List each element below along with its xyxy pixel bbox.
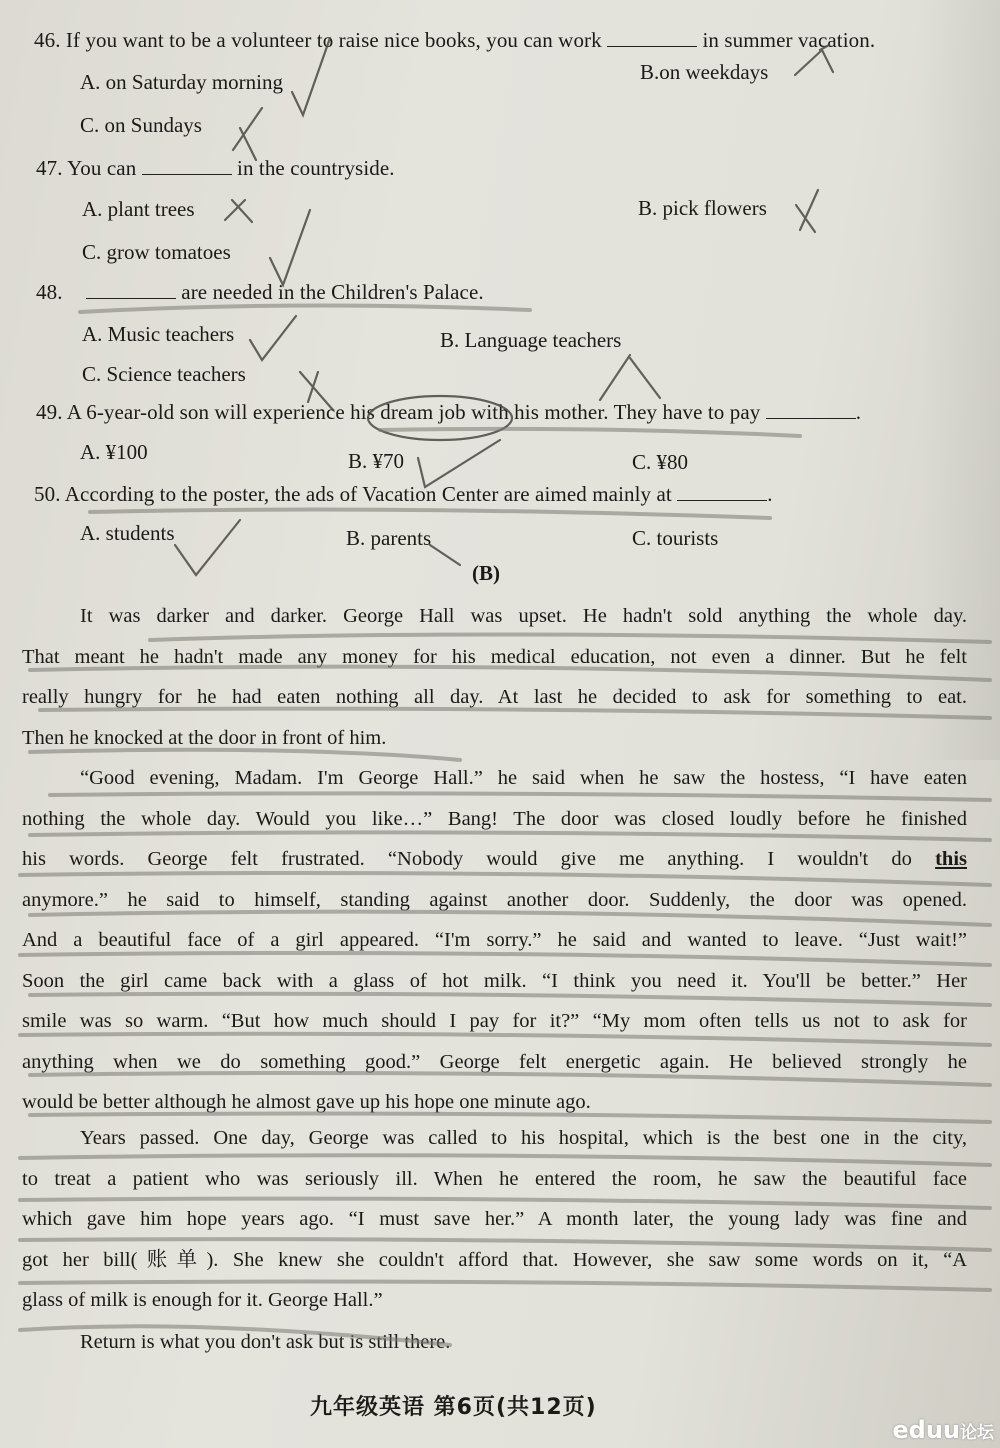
check-mark-icon xyxy=(418,440,500,487)
option-48-a: A. Music teachers xyxy=(82,322,234,347)
option-46-a: A. on Saturday morning xyxy=(80,70,283,95)
passage-paragraph-3: Years passed. One day, George was called… xyxy=(22,1118,967,1321)
option-46-c: C. on Sundays xyxy=(80,113,202,138)
cross-mark-icon xyxy=(796,190,818,232)
watermark-logo: eduu论坛 xyxy=(892,1416,994,1444)
option-49-c: C. ¥80 xyxy=(632,450,688,475)
section-label: (B) xyxy=(472,561,500,586)
question-stem: According to the poster, the ads of Vaca… xyxy=(65,482,672,506)
option-50-c: C. tourists xyxy=(632,526,718,551)
line-with-underlined-word: his words. George felt frustrated. “Nobo… xyxy=(22,839,967,880)
question-stem-end: are needed in the Children's Palace. xyxy=(181,280,483,304)
question-49: 49. A 6-year-old son will experience his… xyxy=(36,400,861,425)
option-48-b: B. Language teachers xyxy=(440,328,621,353)
question-number: 46. xyxy=(34,28,61,52)
check-mark-icon xyxy=(250,316,296,360)
answer-blank xyxy=(86,280,176,299)
passage-paragraph-4: Return is what you don't ask but is stil… xyxy=(22,1322,967,1363)
cross-mark-icon xyxy=(430,545,460,565)
answer-blank xyxy=(142,156,232,175)
check-mark-icon xyxy=(270,210,310,285)
question-48: 48. are needed in the Children's Palace. xyxy=(36,280,484,305)
option-49-b: B. ¥70 xyxy=(348,449,404,474)
check-mark-icon xyxy=(175,520,240,575)
option-50-a: A. students xyxy=(80,521,175,546)
question-stem-end: in summer vacation. xyxy=(702,28,875,52)
question-stem-end: in the countryside. xyxy=(237,156,395,180)
question-stem: If you want to be a volunteer to raise n… xyxy=(66,28,602,52)
cross-mark-icon xyxy=(225,200,252,222)
page-footer: 九年级英语 第6页(共12页) xyxy=(310,1390,597,1421)
option-49-a: A. ¥100 xyxy=(80,440,148,465)
passage-paragraph-1: It was darker and darker. George Hall wa… xyxy=(22,596,967,758)
cross-mark-icon xyxy=(600,355,660,400)
underlined-word: this xyxy=(935,848,967,870)
option-48-c: C. Science teachers xyxy=(82,362,246,387)
cross-mark-icon xyxy=(233,108,262,160)
answer-blank xyxy=(766,400,856,419)
option-47-a: A. plant trees xyxy=(82,197,195,222)
option-47-c: C. grow tomatoes xyxy=(82,240,231,265)
question-stem: You can xyxy=(67,156,136,180)
question-46: 46. If you want to be a volunteer to rai… xyxy=(34,28,875,53)
option-46-b: B.on weekdays xyxy=(640,60,768,85)
option-50-b: B. parents xyxy=(346,526,431,551)
option-47-b: B. pick flowers xyxy=(638,196,767,221)
answer-blank xyxy=(677,482,767,501)
passage-paragraph-2: “Good evening, Madam. I'm George Hall.” … xyxy=(22,758,967,1123)
answer-blank xyxy=(607,28,697,47)
question-50: 50. According to the poster, the ads of … xyxy=(34,482,773,507)
question-stem: A 6-year-old son will experience his dre… xyxy=(67,400,761,424)
question-47: 47. You can in the countryside. xyxy=(36,156,395,181)
